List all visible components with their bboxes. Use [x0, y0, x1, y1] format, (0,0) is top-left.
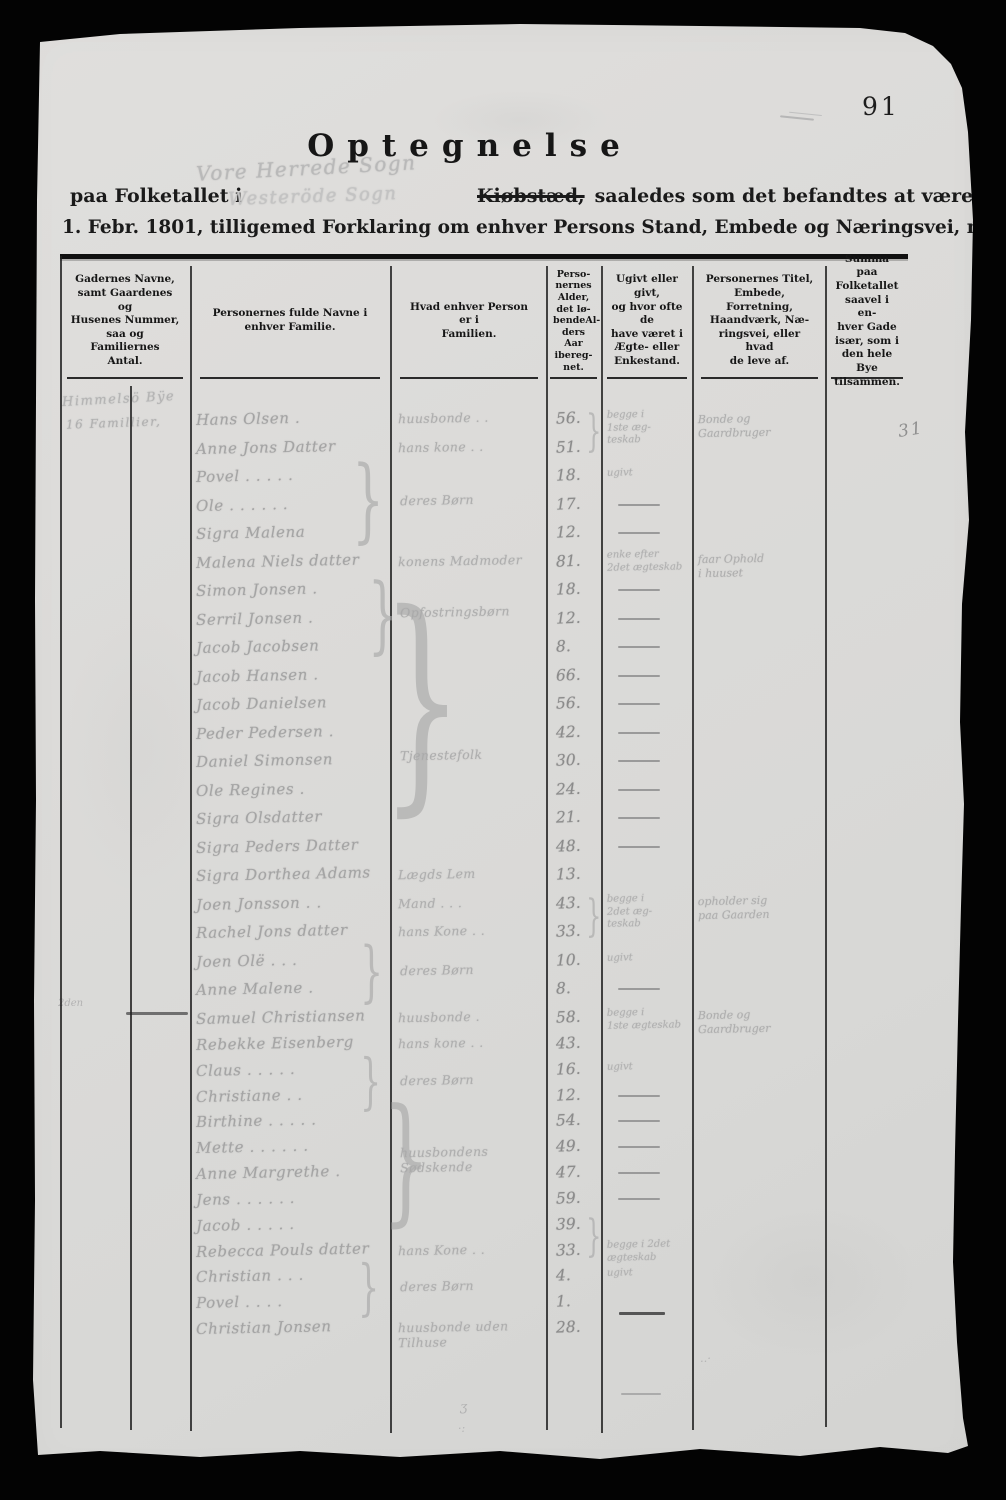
- table-row-name: Jens . . . . . .: [196, 1187, 386, 1209]
- table-row-age: 1.: [556, 1291, 593, 1310]
- table-row-name: Malena Niels datter: [196, 550, 386, 572]
- table-row-age: 8.: [556, 978, 593, 997]
- table-row-age: 12.: [556, 608, 593, 627]
- stray-mark: ʒ: [460, 1400, 467, 1415]
- table-row-name: Mette . . . . . .: [196, 1135, 386, 1157]
- table-row-role: Mand . . .: [398, 894, 542, 912]
- table-row-name: Sigra Olsdatter: [196, 806, 386, 828]
- role-group-note: deres Børn: [400, 961, 542, 978]
- marital-status-note: begge i 2det ægteskab: [607, 1238, 689, 1264]
- table-row-name: Daniel Simonsen: [196, 749, 386, 771]
- handwritten-brace: }: [381, 573, 463, 828]
- table-row-role: huusbonde .: [398, 1008, 542, 1026]
- marital-status-dash: [618, 618, 660, 620]
- table-row-age: 42.: [556, 722, 593, 741]
- table-row-name: Claus . . . . .: [196, 1058, 386, 1080]
- marital-status-note: begge i 2det æg- teskab: [607, 892, 690, 931]
- table-row-role: hans Kone . .: [398, 1241, 542, 1259]
- marital-status-dash: [618, 1120, 660, 1122]
- scan-background: 91 Optegnelse paa Folketallet i Kiøbstæd…: [0, 0, 1006, 1500]
- table-row-age: 49.: [556, 1136, 593, 1155]
- table-row-name: Anne Margrethe .: [196, 1161, 386, 1183]
- margin-count-note: 31: [897, 418, 925, 442]
- table-row-age: 59.: [556, 1188, 593, 1207]
- header-col-occupation: Personernes Titel, Embede, Forretning, H…: [696, 266, 823, 378]
- table-row-age: 16.: [556, 1059, 593, 1078]
- occupation-note: Bonde og Gaardbruger: [698, 1007, 822, 1038]
- header-col-names: Personernes fulde Navne i enhver Familie…: [192, 266, 388, 378]
- marital-status-dash: [618, 589, 660, 591]
- marital-status-note: ugivt: [607, 1266, 689, 1280]
- family-count-note: 16 Famillier,: [66, 414, 162, 431]
- marital-status-dash: [618, 1095, 660, 1097]
- marital-status-dash-light: [621, 1393, 661, 1395]
- table-row-age: 43.: [556, 1033, 593, 1052]
- table-column-rule: [692, 266, 694, 1430]
- street-name-note: Himmelsö Bÿe: [62, 389, 176, 410]
- table-row-age: 30.: [556, 750, 593, 769]
- table-row-role: huusbonde uden Tilhuse: [398, 1318, 543, 1351]
- table-row-name: Jacob . . . . .: [196, 1213, 386, 1235]
- marital-status-dash: [618, 675, 660, 677]
- marital-status-dash-bold: [619, 1312, 665, 1315]
- table-row-age: 8.: [556, 636, 593, 655]
- table-row-name: Hans Olsen .: [196, 407, 386, 429]
- marital-status-dash: [618, 988, 660, 990]
- table-row-age: 47.: [556, 1162, 593, 1181]
- table-row-age: 12.: [556, 522, 593, 541]
- stray-mark: ‥·: [700, 1352, 711, 1365]
- table-row-name: Birthine . . . . .: [196, 1109, 386, 1131]
- table-column-rule: [60, 256, 62, 1428]
- table-row-age: 58.: [556, 1007, 593, 1026]
- table-row-name: Simon Jonsen .: [196, 578, 386, 600]
- table-row-name: Ole Regines .: [196, 778, 386, 800]
- pencil-squiggle-mark: [780, 115, 814, 121]
- header-col-summa: Summa paa Folketallet saavel i en- hver …: [828, 266, 906, 378]
- occupation-note: Bonde og Gaardbruger: [698, 411, 822, 442]
- marital-status-dash: [618, 1146, 660, 1148]
- table-column-rule: [390, 266, 392, 1433]
- table-row-age: 24.: [556, 779, 593, 798]
- handwritten-brace: }: [586, 1213, 601, 1261]
- table-row-name: Samuel Christiansen: [196, 1006, 386, 1028]
- table-row-name: Jacob Danielsen: [196, 692, 386, 714]
- table-column-rule: [190, 266, 192, 1431]
- marital-status-dash: [618, 789, 660, 791]
- table-row-age: 10.: [556, 950, 593, 969]
- marital-status-note: ugivt: [607, 466, 689, 480]
- table-row-name: Christiane . .: [196, 1084, 386, 1106]
- table-row-role: huusbonde . .: [398, 409, 542, 427]
- table-row-age: 18.: [556, 465, 593, 484]
- table-row-age: 17.: [556, 494, 593, 513]
- marital-status-dash: [618, 703, 660, 705]
- handwritten-brace: }: [360, 936, 383, 1008]
- header-col-age: Perso- nernes Alder, det lø- bendeAl- de…: [548, 266, 599, 378]
- table-row-role: Lægds Lem: [398, 865, 542, 883]
- marital-status-dash: [618, 646, 660, 648]
- paper-blotch: [700, 1200, 920, 1360]
- marital-status-dash: [618, 760, 660, 762]
- marital-status-note: ugivt: [607, 1060, 689, 1074]
- marital-status-note: begge i 1ste ægteskab: [607, 1006, 689, 1032]
- marital-status-dash: [618, 504, 660, 506]
- table-row-role: hans kone . .: [398, 1034, 542, 1052]
- table-column-rule: [130, 386, 132, 1430]
- marital-status-note: enke efter 2det ægteskab: [607, 548, 689, 574]
- table-row-age: 13.: [556, 864, 593, 883]
- table-row-age: 12.: [556, 1085, 593, 1104]
- document-page: 91 Optegnelse paa Folketallet i Kiøbstæd…: [0, 0, 1006, 1500]
- table-row-age: 4.: [556, 1265, 593, 1284]
- family-separator-dash: [126, 1012, 188, 1015]
- table-row-age: 81.: [556, 551, 593, 570]
- table-row-name: Sigra Peders Datter: [196, 835, 386, 857]
- table-row-age: 56.: [556, 693, 593, 712]
- handwritten-brace: }: [586, 893, 601, 941]
- table-column-rule: [825, 266, 827, 1427]
- occupation-note: opholder sig paa Gaarden: [698, 893, 822, 924]
- table-row-name: Jacob Jacobsen: [196, 635, 386, 657]
- table-row-name: Rachel Jons datter: [196, 920, 386, 942]
- marital-status-dash: [618, 1172, 660, 1174]
- role-group-note: deres Børn: [400, 491, 542, 508]
- table-row-name: Joen Jonsson . .: [196, 892, 386, 914]
- subtitle-right: Kiøbstæd,saaledes som det befandtes at v…: [477, 185, 1006, 207]
- handwritten-brace: }: [352, 450, 384, 550]
- header-col-position: Hvad enhver Person er i Familien.: [394, 266, 544, 378]
- table-row-name: Peder Pedersen .: [196, 721, 386, 743]
- marital-status-dash: [618, 1198, 660, 1200]
- marital-status-note: ugivt: [607, 951, 689, 965]
- table-row-age: 54.: [556, 1110, 593, 1129]
- handwritten-brace: }: [360, 1049, 381, 1115]
- table-column-rule: [546, 266, 548, 1430]
- table-row-name: Sigra Dorthea Adams: [196, 863, 386, 885]
- marital-status-dash: [618, 817, 660, 819]
- table-row-role: hans Kone . .: [398, 922, 542, 940]
- marital-status-dash: [618, 732, 660, 734]
- table-row-name: Serril Jonsen .: [196, 607, 386, 629]
- struck-word: Kiøbstæd,: [477, 185, 585, 207]
- table-row-age: 21.: [556, 807, 593, 826]
- table-row-name: Rebekke Eisenberg: [196, 1032, 386, 1054]
- occupation-note: faar Ophold i huuset: [698, 551, 822, 582]
- table-top-rule: [60, 254, 908, 259]
- header-col-marital: Ugivt eller givt, og hvor ofte de have v…: [604, 266, 690, 378]
- marital-status-dash: [618, 532, 660, 534]
- subtitle-line2: 1. Febr. 1801, tilligemed Forklaring om …: [62, 217, 892, 238]
- table-row-age: 18.: [556, 579, 593, 598]
- handwritten-place-line2: Westeröde Sogn: [228, 183, 398, 210]
- subtitle-left: paa Folketallet i: [70, 185, 242, 207]
- role-group-note: deres Børn: [400, 1277, 542, 1294]
- table-row-age: 66.: [556, 665, 593, 684]
- handwritten-brace: }: [382, 1085, 430, 1235]
- table-row-age: 48.: [556, 836, 593, 855]
- page-number: 91: [862, 92, 900, 121]
- table-row-age: 28.: [556, 1317, 593, 1336]
- table-row-role: hans kone . .: [398, 438, 542, 456]
- table-row-name: Jacob Hansen .: [196, 664, 386, 686]
- table-row-name: Joen Olë . . .: [196, 949, 386, 971]
- marital-status-note: begge i 1ste æg- teskab: [607, 408, 690, 447]
- document-title: Optegnelse: [0, 128, 940, 164]
- marital-status-dash: [618, 846, 660, 848]
- table-row-name: Anne Malene .: [196, 977, 386, 999]
- handwritten-brace: }: [358, 1255, 379, 1321]
- header-col-streets: Gadernes Navne, samt Gaardenes og Husene…: [62, 266, 188, 378]
- subtitle-right-text: saaledes som det befandtes at være den: [595, 185, 1006, 207]
- handwritten-brace: }: [586, 408, 601, 456]
- stray-mark: ·:: [458, 1422, 465, 1435]
